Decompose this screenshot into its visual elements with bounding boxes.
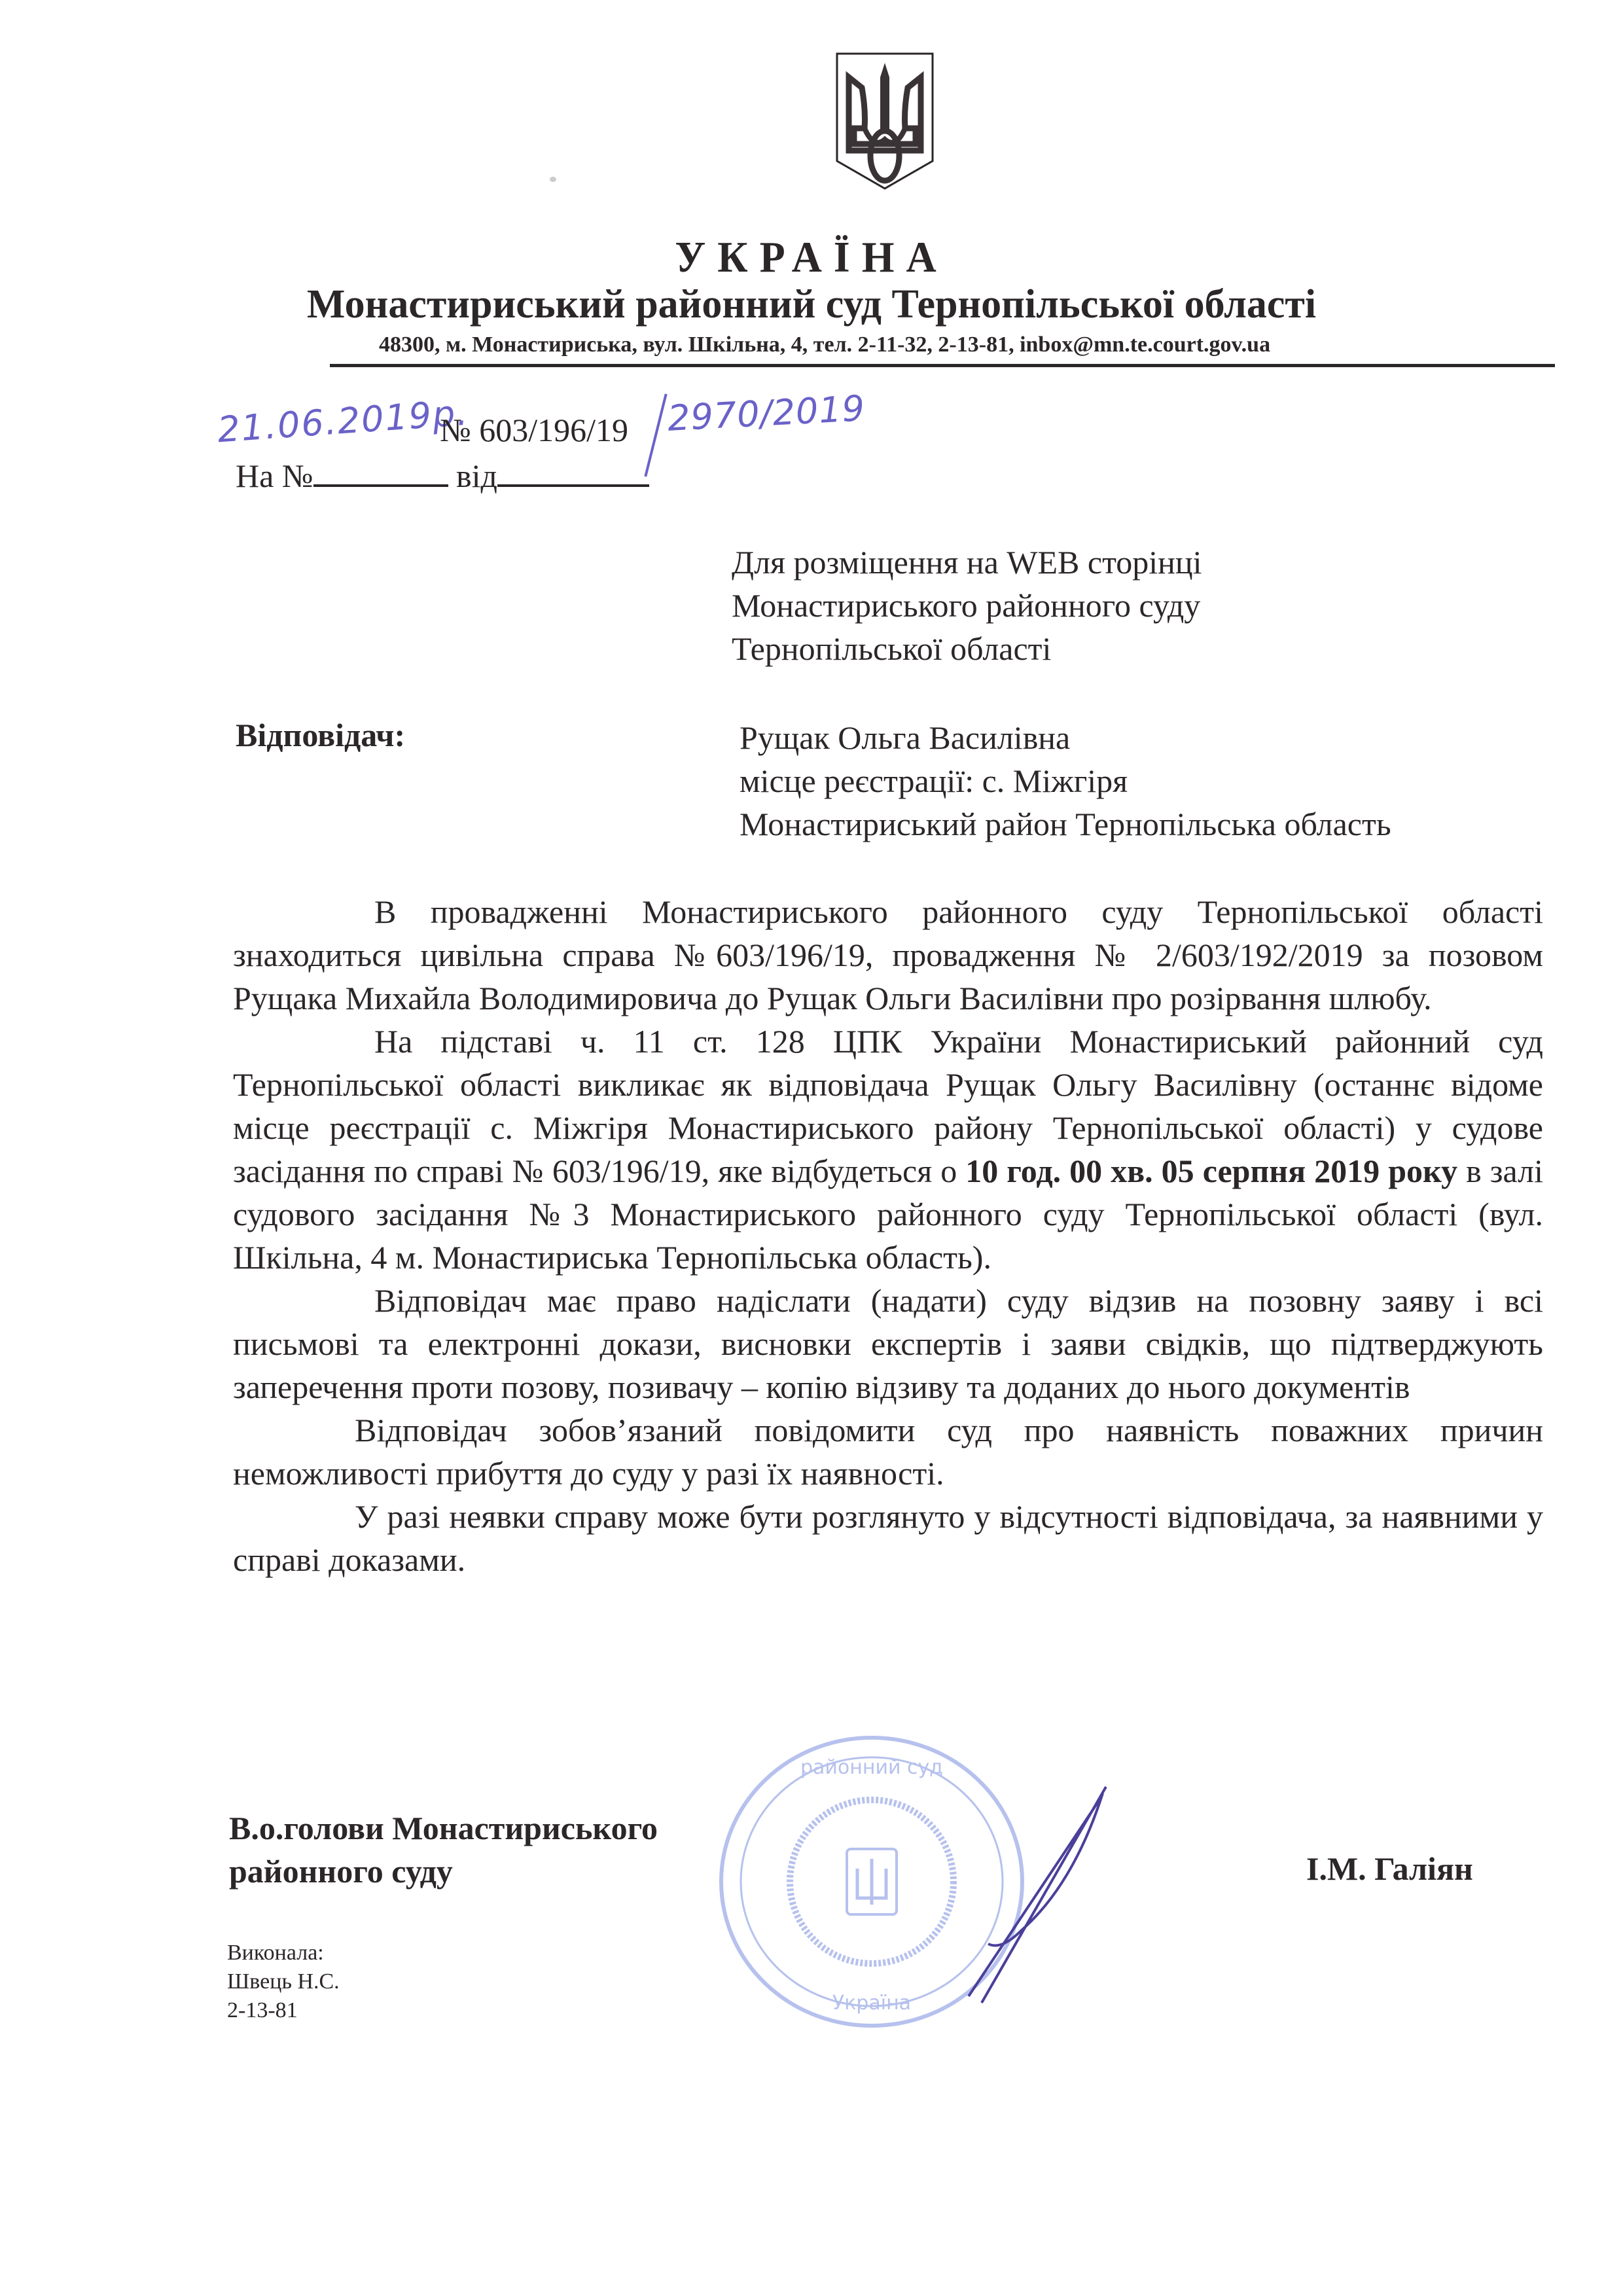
scan-speck	[550, 177, 556, 182]
reply-date-blank	[497, 458, 649, 487]
reply-from-label: від	[456, 457, 497, 494]
respondent-registration: місце реєстрації: с. Міжгіря	[740, 759, 1391, 802]
paragraph-obligation: Відповідач зобов’язаний повідомити суд п…	[233, 1408, 1543, 1495]
handwritten-date: 21.06.2019р.	[216, 392, 470, 451]
position-line: В.о.голови Монастириського	[229, 1806, 658, 1850]
svg-text:Україна: Україна	[832, 1992, 911, 2015]
destination-line: Тернопільської області	[732, 627, 1202, 670]
executor-block: Виконала: Швець Н.С. 2-13-81	[227, 1939, 340, 2025]
paragraph-case: В провадженні Монастириського районного …	[233, 890, 1543, 1020]
reply-to-label: На №	[236, 457, 313, 494]
paragraph-rights: Відповідач має право надіслати (надати) …	[233, 1279, 1543, 1408]
executor-name: Швець Н.С.	[227, 1967, 340, 1996]
hearing-datetime: 10 год. 00 хв. 05 серпня 2019 року	[965, 1153, 1457, 1189]
respondent-label: Відповідач:	[236, 716, 405, 754]
signature-icon	[942, 1780, 1113, 2016]
svg-text:районний суд: районний суд	[800, 1756, 943, 1779]
executor-label: Виконала:	[227, 1939, 340, 1967]
handwritten-registration-number: 2970/2019	[667, 387, 866, 439]
signatory-position: В.о.голови Монастириського районного суд…	[229, 1806, 658, 1893]
court-address: 48300, м. Монастириська, вул. Шкільна, 4…	[0, 332, 1623, 357]
notice-body: В провадженні Монастириського районного …	[233, 890, 1543, 1581]
respondent-region: Монастириський район Тернопільська облас…	[740, 802, 1391, 846]
header-divider	[330, 364, 1555, 367]
coat-of-arms-icon	[834, 51, 935, 191]
destination-line: Монастириського районного суду	[732, 584, 1202, 627]
position-line: районного суду	[229, 1850, 658, 1893]
outgoing-number: № 603/196/19	[440, 411, 628, 449]
signatory-name: І.М. Галіян	[1306, 1850, 1473, 1888]
court-name: Монастириський районний суд Тернопільськ…	[0, 281, 1623, 328]
reply-number-blank	[313, 458, 448, 487]
country-title: УКРАЇНА	[0, 232, 1623, 283]
respondent-name: Рущак Ольга Василівна	[740, 716, 1391, 759]
executor-phone: 2-13-81	[227, 1996, 340, 2025]
destination-line: Для розміщення на WEB сторінці	[732, 541, 1202, 584]
respondent-block: Рущак Ольга Василівна місце реєстрації: …	[740, 716, 1391, 846]
destination-block: Для розміщення на WEB сторінці Монастири…	[732, 541, 1202, 670]
paragraph-summons: На підставі ч. 11 ст. 128 ЦПК України Мо…	[233, 1020, 1543, 1279]
reply-reference-line: На № від	[236, 457, 649, 495]
paragraph-absence: У разі неявки справу може бути розглянут…	[233, 1495, 1543, 1581]
